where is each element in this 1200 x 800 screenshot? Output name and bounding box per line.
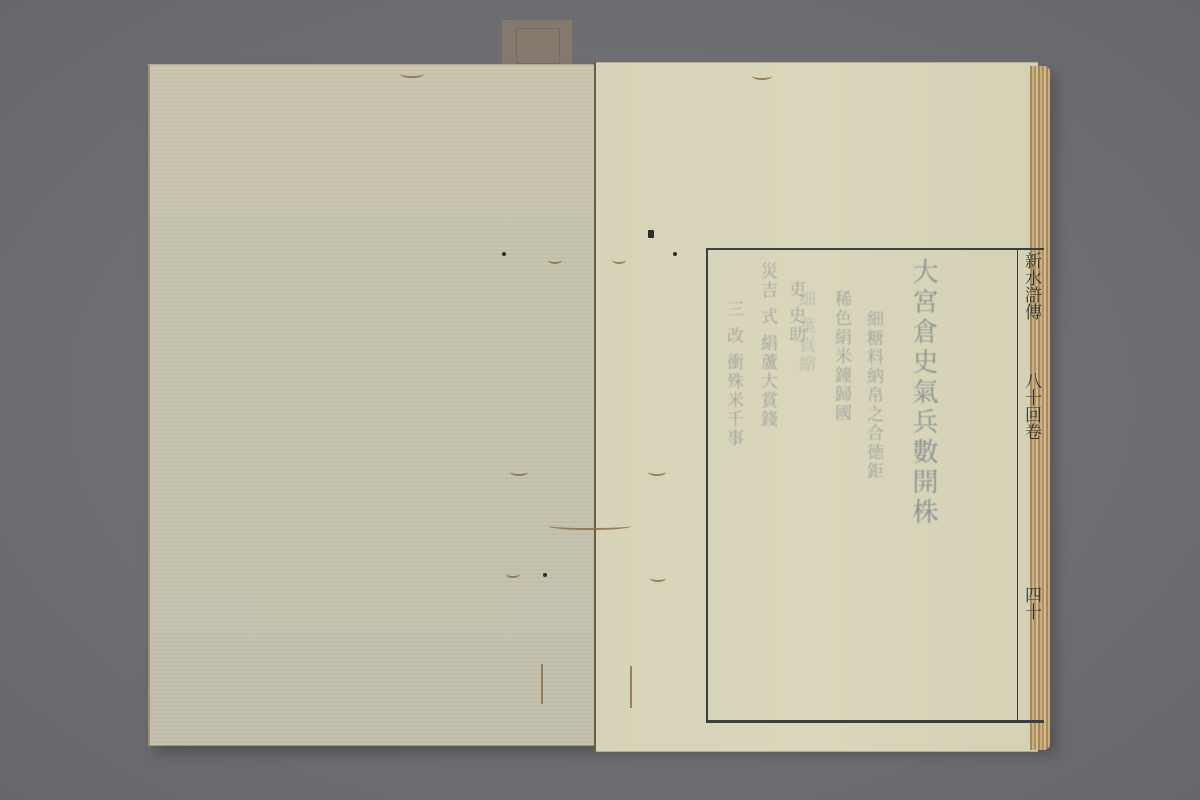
margin-volume: 八十回卷 <box>1022 372 1040 440</box>
ink-dot <box>502 252 506 256</box>
worm-hole <box>648 468 666 476</box>
title-column: 大宮倉史氣兵數開株 <box>908 258 938 528</box>
left-page <box>148 64 596 746</box>
worm-hole <box>650 574 666 582</box>
text-column: 吏 史助 <box>780 280 810 344</box>
worm-hole <box>630 666 636 708</box>
worm-hole <box>541 664 547 704</box>
printed-border-bottom <box>706 720 1044 723</box>
worm-hole <box>400 70 424 78</box>
ink-dot <box>648 230 654 238</box>
catalog-tag <box>502 20 572 70</box>
text-column: 災吉 式 絹蘆大賞錢 <box>752 262 782 429</box>
ink-dot <box>673 252 677 256</box>
text-column: 稀色絹米鐘歸國 <box>826 290 856 423</box>
text-column: 細糖料納帛之合徳鉅 <box>858 310 888 481</box>
worm-hole <box>612 256 626 264</box>
book-gutter <box>594 62 596 752</box>
worm-hole <box>506 570 520 578</box>
worm-hole <box>548 256 562 264</box>
margin-title: 新水滸傳 <box>1022 252 1040 320</box>
ink-dot <box>543 573 547 577</box>
worm-hole <box>548 522 632 530</box>
worm-hole <box>510 468 528 476</box>
printed-border-top <box>1016 248 1044 250</box>
worm-hole <box>752 72 772 80</box>
margin-page: 四十 <box>1022 586 1040 620</box>
text-column: 三 改 衝殊米千事 <box>718 300 748 448</box>
